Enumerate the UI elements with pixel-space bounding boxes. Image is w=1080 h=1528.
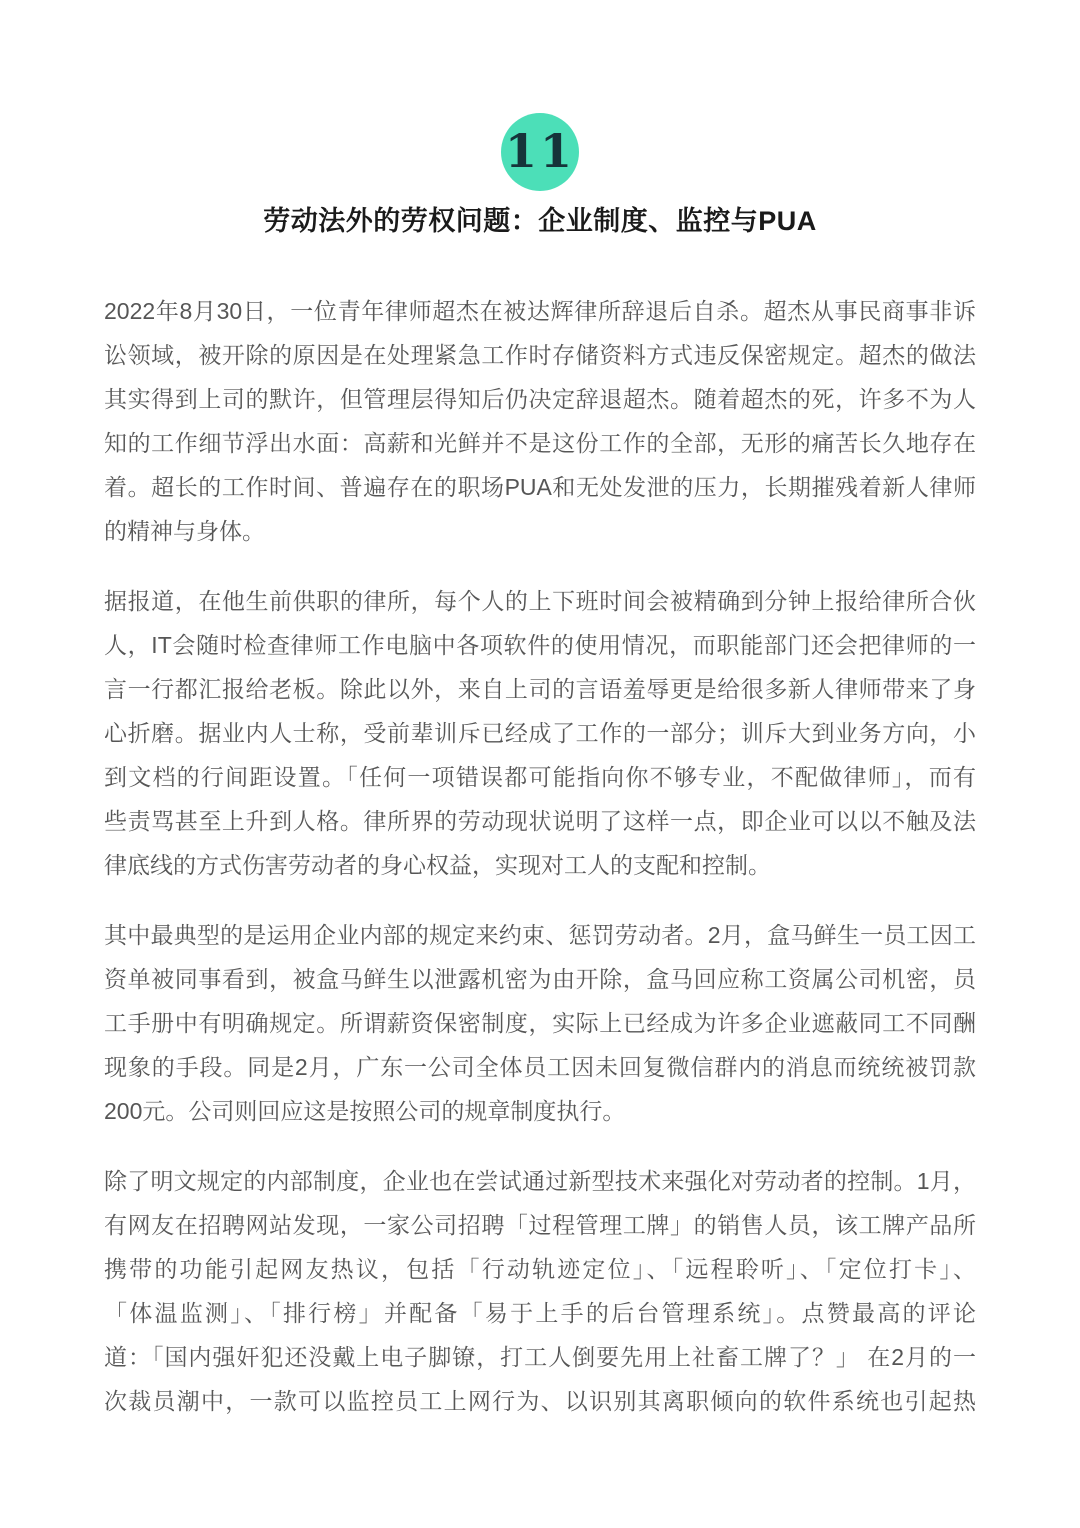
text-line: 道：「国内强奸犯还没戴上电子脚镣，打工人倒要先用上社畜工牌了？」 在2月的一 [104,1335,976,1379]
section-number: 11 [505,128,575,174]
text-line: 有网友在招聘网站发现，一家公司招聘「过程管理工牌」的销售人员，该工牌产品所 [104,1203,976,1247]
text-line: 资单被同事看到，被盒马鲜生以泄露机密为由开除，盒马回应称工资属公司机密，员 [104,957,976,1001]
text-line: 「体温监测」、「排行榜」并配备「易于上手的后台管理系统」。点赞最高的评论 [104,1291,976,1335]
article-title: 劳动法外的劳权问题：企业制度、监控与PUA [0,199,1080,238]
text-line: 知的工作细节浮出水面：高薪和光鲜并不是这份工作的全部，无形的痛苦长久地存在 [104,421,976,465]
text-line: 的精神与身体。 [104,509,976,553]
article-body: 2022年8月30日，一位青年律师超杰在被达辉律所辞退后自杀。超杰从事民商事非诉… [104,289,976,1423]
text-line: 心折磨。据业内人士称，受前辈训斥已经成了工作的一部分；训斥大到业务方向，小 [104,711,976,755]
text-line: 其实得到上司的默许，但管理层得知后仍决定辞退超杰。随着超杰的死，许多不为人 [104,377,976,421]
text-line: 2022年8月30日，一位青年律师超杰在被达辉律所辞退后自杀。超杰从事民商事非诉 [104,289,976,333]
text-line: 工手册中有明确规定。所谓薪资保密制度，实际上已经成为许多企业遮蔽同工不同酬 [104,1001,976,1045]
text-line: 讼领域，被开除的原因是在处理紧急工作时存储资料方式违反保密规定。超杰的做法 [104,333,976,377]
text-line: 200元。公司则回应这是按照公司的规章制度执行。 [104,1089,976,1133]
paragraph: 其中最典型的是运用企业内部的规定来约束、惩罚劳动者。2月，盒马鲜生一员工因工资单… [104,913,976,1133]
paragraph: 2022年8月30日，一位青年律师超杰在被达辉律所辞退后自杀。超杰从事民商事非诉… [104,289,976,553]
text-line: 律底线的方式伤害劳动者的身心权益，实现对工人的支配和控制。 [104,843,976,887]
text-line: 些责骂甚至上升到人格。律所界的劳动现状说明了这样一点，即企业可以以不触及法 [104,799,976,843]
text-line: 言一行都汇报给老板。除此以外，来自上司的言语羞辱更是给很多新人律师带来了身 [104,667,976,711]
section-number-badge: 11 [501,113,579,191]
paragraph: 除了明文规定的内部制度，企业也在尝试通过新型技术来强化对劳动者的控制。1月，有网… [104,1159,976,1423]
text-line: 人，IT会随时检查律师工作电脑中各项软件的使用情况，而职能部门还会把律师的一 [104,623,976,667]
text-line: 据报道，在他生前供职的律所，每个人的上下班时间会被精确到分钟上报给律所合伙 [104,579,976,623]
article-page: 11 劳动法外的劳权问题：企业制度、监控与PUA 2022年8月30日，一位青年… [0,0,1080,1528]
text-line: 携带的功能引起网友热议，包括「行动轨迹定位」、「远程聆听」、「定位打卡」、 [104,1247,976,1291]
text-line: 现象的手段。同是2月，广东一公司全体员工因未回复微信群内的消息而统统被罚款 [104,1045,976,1089]
text-line: 次裁员潮中，一款可以监控员工上网行为、以识别其离职倾向的软件系统也引起热 [104,1379,976,1423]
paragraph: 据报道，在他生前供职的律所，每个人的上下班时间会被精确到分钟上报给律所合伙人，I… [104,579,976,887]
text-line: 其中最典型的是运用企业内部的规定来约束、惩罚劳动者。2月，盒马鲜生一员工因工 [104,913,976,957]
text-line: 除了明文规定的内部制度，企业也在尝试通过新型技术来强化对劳动者的控制。1月， [104,1159,976,1203]
text-line: 着。超长的工作时间、普遍存在的职场PUA和无处发泄的压力，长期摧残着新人律师 [104,465,976,509]
text-line: 到文档的行间距设置。「任何一项错误都可能指向你不够专业，不配做律师」，而有 [104,755,976,799]
